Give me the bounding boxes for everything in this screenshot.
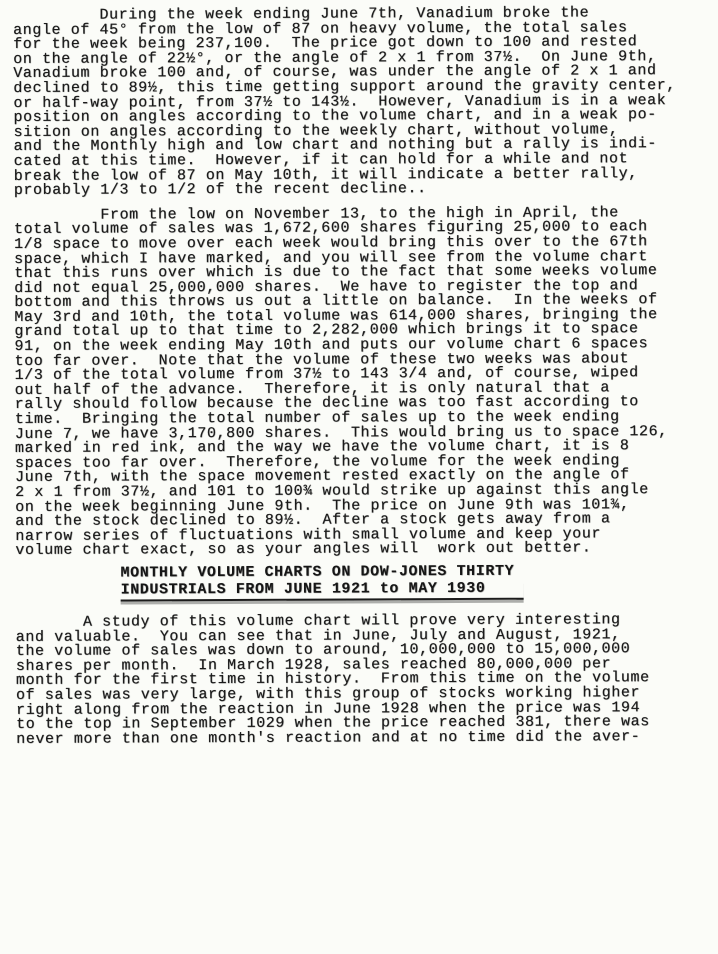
paragraph-vanadium-week-analysis: During the week ending June 7th, Vanadiu… (13, 6, 718, 199)
section-heading-row2: INDUSTRIALS FROM JUNE 1921 to MAY 1930 (121, 579, 718, 602)
section-heading-line2: INDUSTRIALS FROM JUNE 1921 to MAY 1930 (121, 581, 524, 602)
section-heading: MONTHLY VOLUME CHARTS ON DOW-JONES THIRT… (120, 562, 718, 602)
paragraph-volume-space-analysis: From the low on November 13, to the high… (14, 206, 718, 559)
scanned-document-page: During the week ending June 7th, Vanadiu… (0, 0, 718, 954)
paragraph-dow-jones-volume-study: A study of this volume chart will prove … (16, 613, 718, 747)
typewritten-text-block: During the week ending June 7th, Vanadiu… (0, 0, 718, 747)
section-heading-line1: MONTHLY VOLUME CHARTS ON DOW-JONES THIRT… (120, 564, 514, 582)
